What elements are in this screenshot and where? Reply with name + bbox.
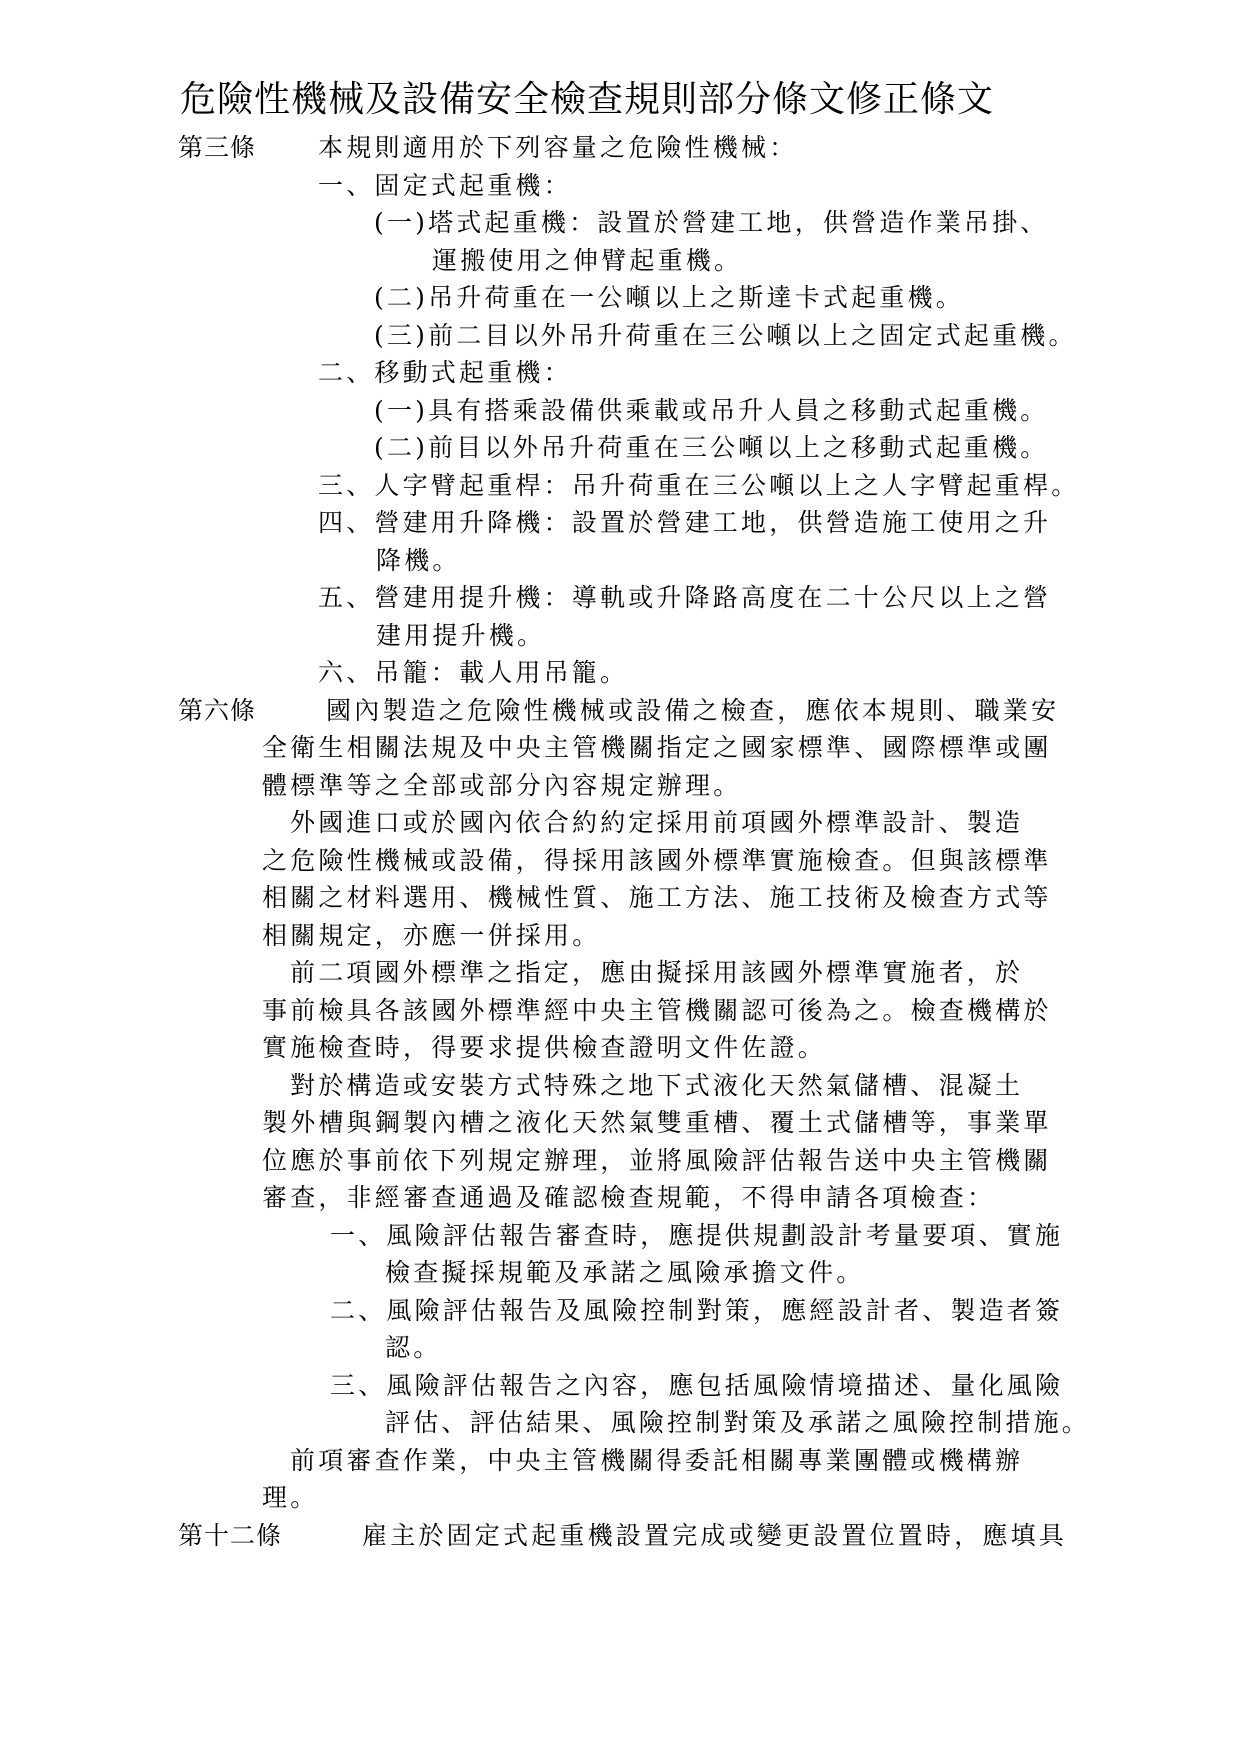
paragraph-line: 雇主於固定式起重機設置完成或變更設置位置時，應填具 xyxy=(362,1520,1067,1552)
item-line: 五、營建用提升機：導軌或升降路高度在二十公尺以上之營 xyxy=(318,582,1051,614)
item-line-cont: 建用提升機。 xyxy=(376,620,545,652)
item-line: 三、人字臂起重桿：吊升荷重在三公噸以上之人字臂起重桿。 xyxy=(318,470,1079,502)
subitem-line: (一)具有搭乘設備供乘載或吊升人員之移動式起重機。 xyxy=(374,395,1049,427)
item-line-cont: 降機。 xyxy=(376,545,461,577)
paragraph-line: 國內製造之危險性機械或設備之檢查，應依本規則、職業安 xyxy=(326,695,1059,727)
item-line-cont: 檢查擬採規範及承諾之風險承擔文件。 xyxy=(385,1257,864,1289)
paragraph-line: 對於構造或安裝方式特殊之地下式液化天然氣儲槽、混凝土 xyxy=(290,1070,1023,1102)
article-text-line: 本規則適用於下列容量之危險性機械： xyxy=(318,132,797,164)
paragraph-line: 外國進口或於國內依合約約定採用前項國外標準設計、製造 xyxy=(290,807,1023,839)
subitem-line: (一)塔式起重機：設置於營建工地，供營造作業吊掛、 xyxy=(374,207,1049,239)
item-line: 六、吊籠：載人用吊籠。 xyxy=(318,657,628,689)
item-line: 一、固定式起重機： xyxy=(318,170,572,202)
paragraph-line: 相關規定，亦應一併採用。 xyxy=(262,920,600,952)
paragraph-line: 前項審查作業，中央主管機關得委託相關專業團體或機構辦 xyxy=(290,1445,1023,1477)
item-line-cont: 評估、評估結果、風險控制對策及承諾之風險控制措施。 xyxy=(385,1407,1090,1439)
paragraph-line: 前二項國外標準之指定，應由擬採用該國外標準實施者，於 xyxy=(290,957,1023,989)
article-label: 第三條 xyxy=(178,132,256,164)
item-line: 二、風險評估報告及風險控制對策，應經設計者、製造者簽 xyxy=(330,1295,1063,1327)
paragraph-line: 相關之材料選用、機械性質、施工方法、施工技術及檢查方式等 xyxy=(262,882,1052,914)
item-line: 二、移動式起重機： xyxy=(318,357,572,389)
item-line: 一、風險評估報告審查時，應提供規劃設計考量要項、實施 xyxy=(330,1220,1063,1252)
subitem-line: (二)前目以外吊升荷重在三公噸以上之移動式起重機。 xyxy=(374,432,1049,464)
paragraph-line: 位應於事前依下列規定辦理，並將風險評估報告送中央主管機關 xyxy=(262,1145,1052,1177)
paragraph-line: 製外槽與鋼製內槽之液化天然氣雙重槽、覆土式儲槽等，事業單 xyxy=(262,1107,1052,1139)
subitem-line: (三)前二目以外吊升荷重在三公噸以上之固定式起重機。 xyxy=(374,320,1077,352)
item-line: 四、營建用升降機：設置於營建工地，供營造施工使用之升 xyxy=(318,507,1051,539)
document-title: 危險性機械及設備安全檢查規則部分條文修正條文 xyxy=(180,78,1120,122)
article-label: 第十二條 xyxy=(178,1520,282,1552)
paragraph-line: 理。 xyxy=(262,1482,318,1514)
paragraph-line: 事前檢具各該國外標準經中央主管機關認可後為之。檢查機構於 xyxy=(262,995,1052,1027)
subitem-line-cont: 運搬使用之伸臂起重機。 xyxy=(432,245,742,277)
article-label: 第六條 xyxy=(178,695,256,727)
item-line-cont: 認。 xyxy=(385,1332,441,1364)
subitem-line: (二)吊升荷重在一公噸以上之斯達卡式起重機。 xyxy=(374,282,964,314)
paragraph-line: 審查，非經審查通過及確認檢查規範，不得申請各項檢查： xyxy=(262,1182,995,1214)
item-line: 三、風險評估報告之內容，應包括風險情境描述、量化風險 xyxy=(330,1370,1063,1402)
paragraph-line: 體標準等之全部或部分內容規定辦理。 xyxy=(262,770,741,802)
paragraph-line: 全衛生相關法規及中央主管機關指定之國家標準、國際標準或團 xyxy=(262,732,1052,764)
paragraph-line: 之危險性機械或設備，得採用該國外標準實施檢查。但與該標準 xyxy=(262,845,1052,877)
paragraph-line: 實施檢查時，得要求提供檢查證明文件佐證。 xyxy=(262,1032,826,1064)
